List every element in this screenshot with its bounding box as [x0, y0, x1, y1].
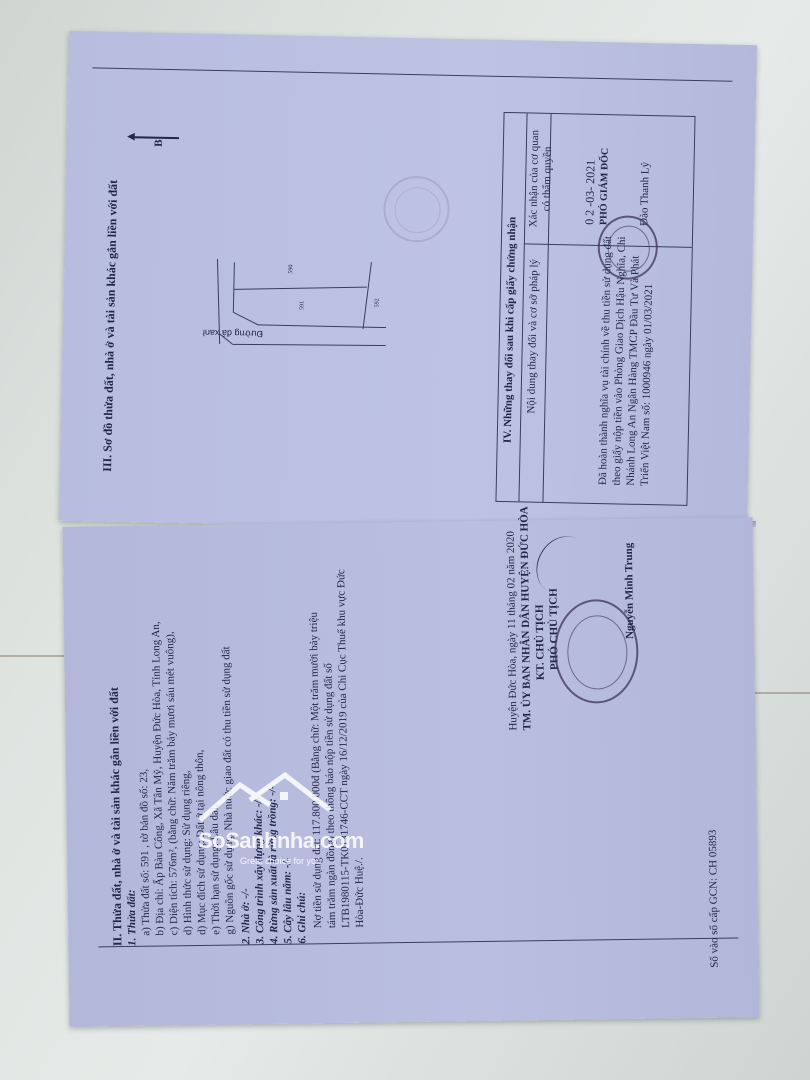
- changes-header: Nội dung thay đổi và cơ sở pháp lý: [525, 259, 541, 414]
- svg-text:590: 590: [288, 264, 294, 273]
- note-line-4: Hòa-Đức Huệ./.: [353, 857, 367, 928]
- north-arrow-icon: ◀ B: [133, 136, 179, 139]
- floor-tile-seam: [755, 692, 810, 694]
- certificate-page-bottom: II. Thửa đất, nhà ở và tài sản khác gắn …: [63, 517, 760, 1027]
- faint-stamp: [383, 175, 450, 242]
- house-logo-icon: [190, 770, 340, 830]
- confirm-name: Đào Thanh Lý: [638, 162, 651, 226]
- watermark-tagline: Great choice for you: [240, 856, 321, 866]
- parcel-subheading: 1. Thửa đất:: [126, 889, 140, 946]
- svg-text:591: 591: [299, 301, 305, 310]
- item-house: 2. Nhà ở: -/-: [240, 888, 254, 944]
- signature: [526, 527, 600, 604]
- north-label: B: [153, 139, 165, 147]
- section-ii-title: II. Thửa đất, nhà ở và tài sản khác gắn …: [107, 687, 126, 946]
- kt-chairman: KT. CHỦ TỊCH: [534, 604, 548, 680]
- confirm-date: 0 2 -03- 2021: [582, 160, 598, 225]
- watermark-brand: SoSanhnha.com: [198, 828, 364, 854]
- registry-number: Số vào sổ cấp GCN: CH 05893: [707, 830, 722, 968]
- page-border-bottom: [98, 937, 738, 947]
- sosanhnha-watermark: SoSanhnha.com Great choice for you: [190, 770, 340, 880]
- issuing-org: TM. ỦY BAN NHÂN DÂN HUYỆN ĐỨC HÒA: [518, 506, 534, 730]
- certificate-page-top: III. Sơ đồ thửa đất, nhà ở và tài sản kh…: [59, 31, 757, 535]
- confirm-title: PHÓ GIÁM ĐỐC: [598, 148, 611, 225]
- svg-text:592: 592: [374, 298, 380, 307]
- confirmation-header: Xác nhận của cơ quan có thẩm quyền: [527, 129, 555, 230]
- floor-tile-seam: [0, 655, 64, 657]
- page-border-top: [92, 67, 732, 81]
- road-label: Đường đá xanh: [202, 328, 263, 339]
- signer-name: Nguyễn Minh Trung: [623, 543, 637, 639]
- place-date: Huyện Đức Hòa, ngày 11 tháng 02 năm 2020: [505, 531, 521, 731]
- parcel-map: Đường đá xanh 591 590 592: [202, 224, 405, 368]
- section-iv-title: IV. Những thay đổi sau khi cấp giấy chứn…: [502, 217, 519, 444]
- parcel-number-line: a) Thửa đất số: 591 , tờ bản đồ số: 23,: [138, 769, 153, 936]
- section-iv-box: IV. Những thay đổi sau khi cấp giấy chứn…: [495, 112, 695, 506]
- item-notes: 6. Ghi chú:: [296, 892, 310, 944]
- official-seal: [597, 215, 658, 280]
- section-iii-title: III. Sơ đồ thửa đất, nhà ở và tài sản kh…: [100, 180, 121, 472]
